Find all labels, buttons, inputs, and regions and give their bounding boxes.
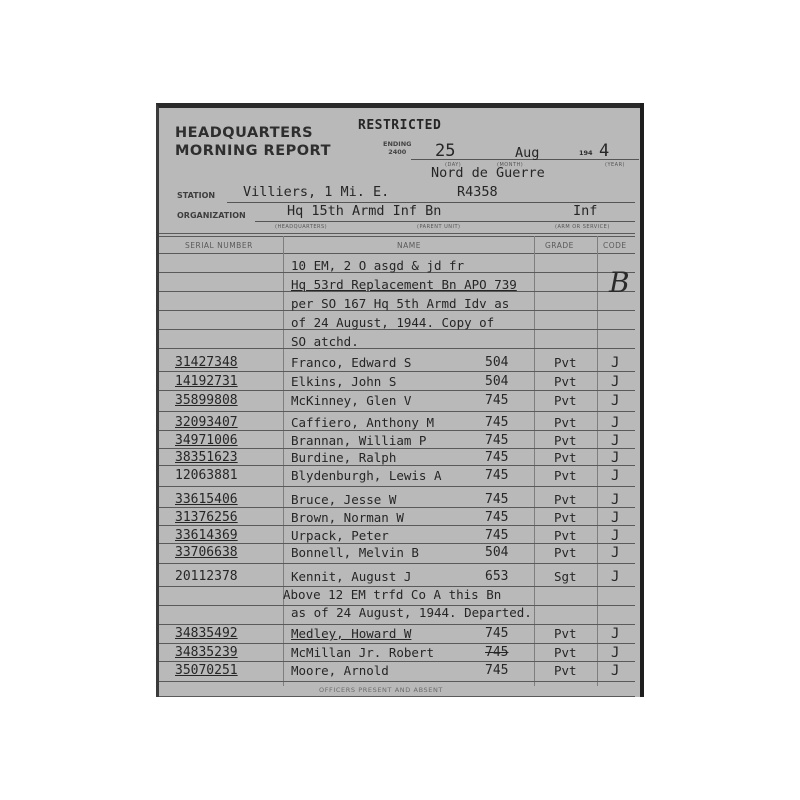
row-rule (159, 661, 635, 662)
table-row: 35070251 Moore, Arnold 745 Pvt J (159, 663, 635, 680)
grade: Pvt (554, 545, 577, 560)
remark-line: Hq 53rd Replacement Bn APO 739 (291, 277, 517, 292)
grade: Pvt (554, 450, 577, 465)
mos-code: 745 (485, 450, 508, 465)
year-caption: (YEAR) (605, 162, 625, 168)
organization-underline (255, 221, 635, 222)
soldier-name: Medley, Howard W (291, 626, 411, 641)
soldier-name: McKinney, Glen V (291, 393, 411, 408)
serial-number: 31376256 (175, 510, 238, 525)
remark-line: SO atchd. (291, 334, 359, 349)
officers-section-label: OFFICERS PRESENT AND ABSENT (319, 686, 443, 694)
row-rule (159, 411, 635, 412)
serial-number: 35899808 (175, 393, 238, 408)
serial-number: 35070251 (175, 663, 238, 678)
soldier-name: Brannan, William P (291, 433, 426, 448)
header-rule-top (159, 233, 635, 234)
organization-label: ORGANIZATION (177, 211, 246, 220)
status-code: J (611, 433, 619, 449)
status-code: J (611, 393, 619, 409)
parent-caption: (PARENT UNIT) (417, 224, 460, 230)
table-row: 34835239 McMillan Jr. Robert 745 Pvt J (159, 645, 635, 662)
ending-label-1: ENDING (383, 140, 411, 148)
row-rule (159, 430, 635, 431)
organization-arm: Inf (573, 203, 597, 219)
morning-report-card: HEADQUARTERS MORNING REPORT RESTRICTED E… (156, 103, 640, 697)
remark-line: Above 12 EM trfd Co A this Bn (283, 587, 501, 602)
location-note: Nord de Guerre (431, 165, 545, 181)
serial-number: 14192731 (175, 374, 238, 389)
status-code: J (611, 415, 619, 431)
row-rule (159, 624, 635, 625)
row-rule (159, 696, 635, 697)
status-code: J (611, 663, 619, 679)
soldier-name: Bruce, Jesse W (291, 492, 396, 507)
row-rule (159, 563, 635, 564)
status-code: J (611, 492, 619, 508)
status-code: J (611, 450, 619, 466)
title-line-1: HEADQUARTERS (175, 124, 331, 142)
status-code: J (611, 468, 619, 484)
grade: Pvt (554, 355, 577, 370)
col-grade-header: GRADE (545, 241, 574, 250)
grade: Pvt (554, 492, 577, 507)
serial-number: 34835492 (175, 626, 238, 641)
mos-code: 745 (485, 415, 508, 430)
grade: Pvt (554, 510, 577, 525)
table-row: 31427348 Franco, Edward S 504 Pvt J (159, 355, 635, 372)
mos-code: 745 (485, 510, 508, 525)
mos-code: 504 (485, 355, 508, 370)
mos-code: 745 (485, 492, 508, 507)
soldier-name: Bonnell, Melvin B (291, 545, 419, 560)
row-rule (159, 448, 635, 449)
table-row: 14192731 Elkins, John S 504 Pvt J (159, 374, 635, 391)
status-code: J (611, 626, 619, 642)
mos-code: 745 (485, 663, 508, 678)
soldier-name: Kennit, August J (291, 569, 411, 584)
row-rule (159, 643, 635, 644)
grade: Pvt (554, 393, 577, 408)
serial-number: 38351623 (175, 450, 238, 465)
grade: Pvt (554, 528, 577, 543)
station-value: Villiers, 1 Mi. E. (243, 184, 389, 200)
row-rule (159, 348, 635, 349)
status-code: J (611, 374, 619, 390)
mos-code: 745 (485, 645, 508, 660)
station-label: STATION (177, 191, 215, 200)
remark-line: as of 24 August, 1944. Departed. (291, 605, 532, 620)
serial-number: 33615406 (175, 492, 238, 507)
table-row: 35899808 McKinney, Glen V 745 Pvt J (159, 393, 635, 410)
grade: Pvt (554, 468, 577, 483)
soldier-name: Caffiero, Anthony M (291, 415, 434, 430)
status-code: J (611, 545, 619, 561)
row-rule (159, 543, 635, 544)
serial-number: 32093407 (175, 415, 238, 430)
mos-code: 745 (485, 626, 508, 641)
soldier-name: Moore, Arnold (291, 663, 389, 678)
mos-code: 745 (485, 528, 508, 543)
title-line-2: MORNING REPORT (175, 142, 331, 160)
status-code: J (611, 645, 619, 661)
remark-line: per SO 167 Hq 5th Armd Idv as (291, 296, 509, 311)
soldier-name: Blydenburgh, Lewis A (291, 468, 442, 483)
header-rule-2 (159, 236, 635, 237)
row-rule (159, 507, 635, 508)
serial-number: 12063881 (175, 468, 238, 483)
serial-number: 34835239 (175, 645, 238, 660)
table-row: 33706638 Bonnell, Melvin B 504 Pvt J (159, 545, 635, 562)
row-rule (159, 390, 635, 391)
serial-number: 20112378 (175, 569, 238, 584)
header-rule-bottom (159, 253, 635, 254)
col-serial-header: SERIAL NUMBER (185, 241, 253, 250)
report-day: 25 (435, 141, 455, 161)
table-row: 12063881 Blydenburgh, Lewis A 745 Pvt J (159, 468, 635, 485)
serial-number: 33706638 (175, 545, 238, 560)
row-rule (159, 486, 635, 487)
report-year-digit: 4 (599, 141, 609, 161)
status-code: J (611, 569, 619, 585)
grade: Pvt (554, 645, 577, 660)
ending-label: ENDING 2400 (383, 140, 411, 156)
mos-code: 504 (485, 374, 508, 389)
hq-caption: (HEADQUARTERS) (275, 224, 327, 230)
serial-number: 34971006 (175, 433, 238, 448)
arm-caption: (ARM OR SERVICE) (555, 224, 610, 230)
soldier-name: Elkins, John S (291, 374, 396, 389)
report-month: Aug (515, 145, 539, 161)
row-rule (159, 371, 635, 372)
grade: Pvt (554, 415, 577, 430)
row-rule (159, 681, 635, 682)
organization-unit: Hq 15th Armd Inf Bn (287, 203, 441, 219)
mos-code: 745 (485, 468, 508, 483)
remarks-code-handwritten: B (609, 266, 630, 299)
remark-line: of 24 August, 1944. Copy of (291, 315, 494, 330)
year-prefix: 194 (579, 149, 593, 157)
ending-label-2: 2400 (383, 148, 411, 156)
grade: Sgt (554, 569, 577, 584)
status-code: J (611, 528, 619, 544)
soldier-name: Brown, Norman W (291, 510, 404, 525)
serial-number: 31427348 (175, 355, 238, 370)
grade: Pvt (554, 626, 577, 641)
serial-number: 33614369 (175, 528, 238, 543)
mos-code: 745 (485, 433, 508, 448)
status-code: J (611, 355, 619, 371)
remark-line: 10 EM, 2 O asgd & jd fr (291, 258, 464, 273)
table-row: 20112378 Kennit, August J 653 Sgt J (159, 569, 635, 586)
table-row: 34835492 Medley, Howard W 745 Pvt J (159, 626, 635, 643)
col-code-header: CODE (603, 241, 627, 250)
soldier-name: McMillan Jr. Robert (291, 645, 434, 660)
grade: Pvt (554, 433, 577, 448)
report-title: HEADQUARTERS MORNING REPORT (175, 124, 331, 160)
classification-stamp: RESTRICTED (358, 118, 441, 133)
col-name-header: NAME (397, 241, 421, 250)
grade: Pvt (554, 663, 577, 678)
soldier-name: Burdine, Ralph (291, 450, 396, 465)
soldier-name: Urpack, Peter (291, 528, 389, 543)
row-rule (159, 465, 635, 466)
mos-code: 504 (485, 545, 508, 560)
mos-code: 653 (485, 569, 508, 584)
status-code: J (611, 510, 619, 526)
station-grid: R4358 (457, 184, 498, 200)
soldier-name: Franco, Edward S (291, 355, 411, 370)
row-rule (159, 525, 635, 526)
mos-code: 745 (485, 393, 508, 408)
grade: Pvt (554, 374, 577, 389)
